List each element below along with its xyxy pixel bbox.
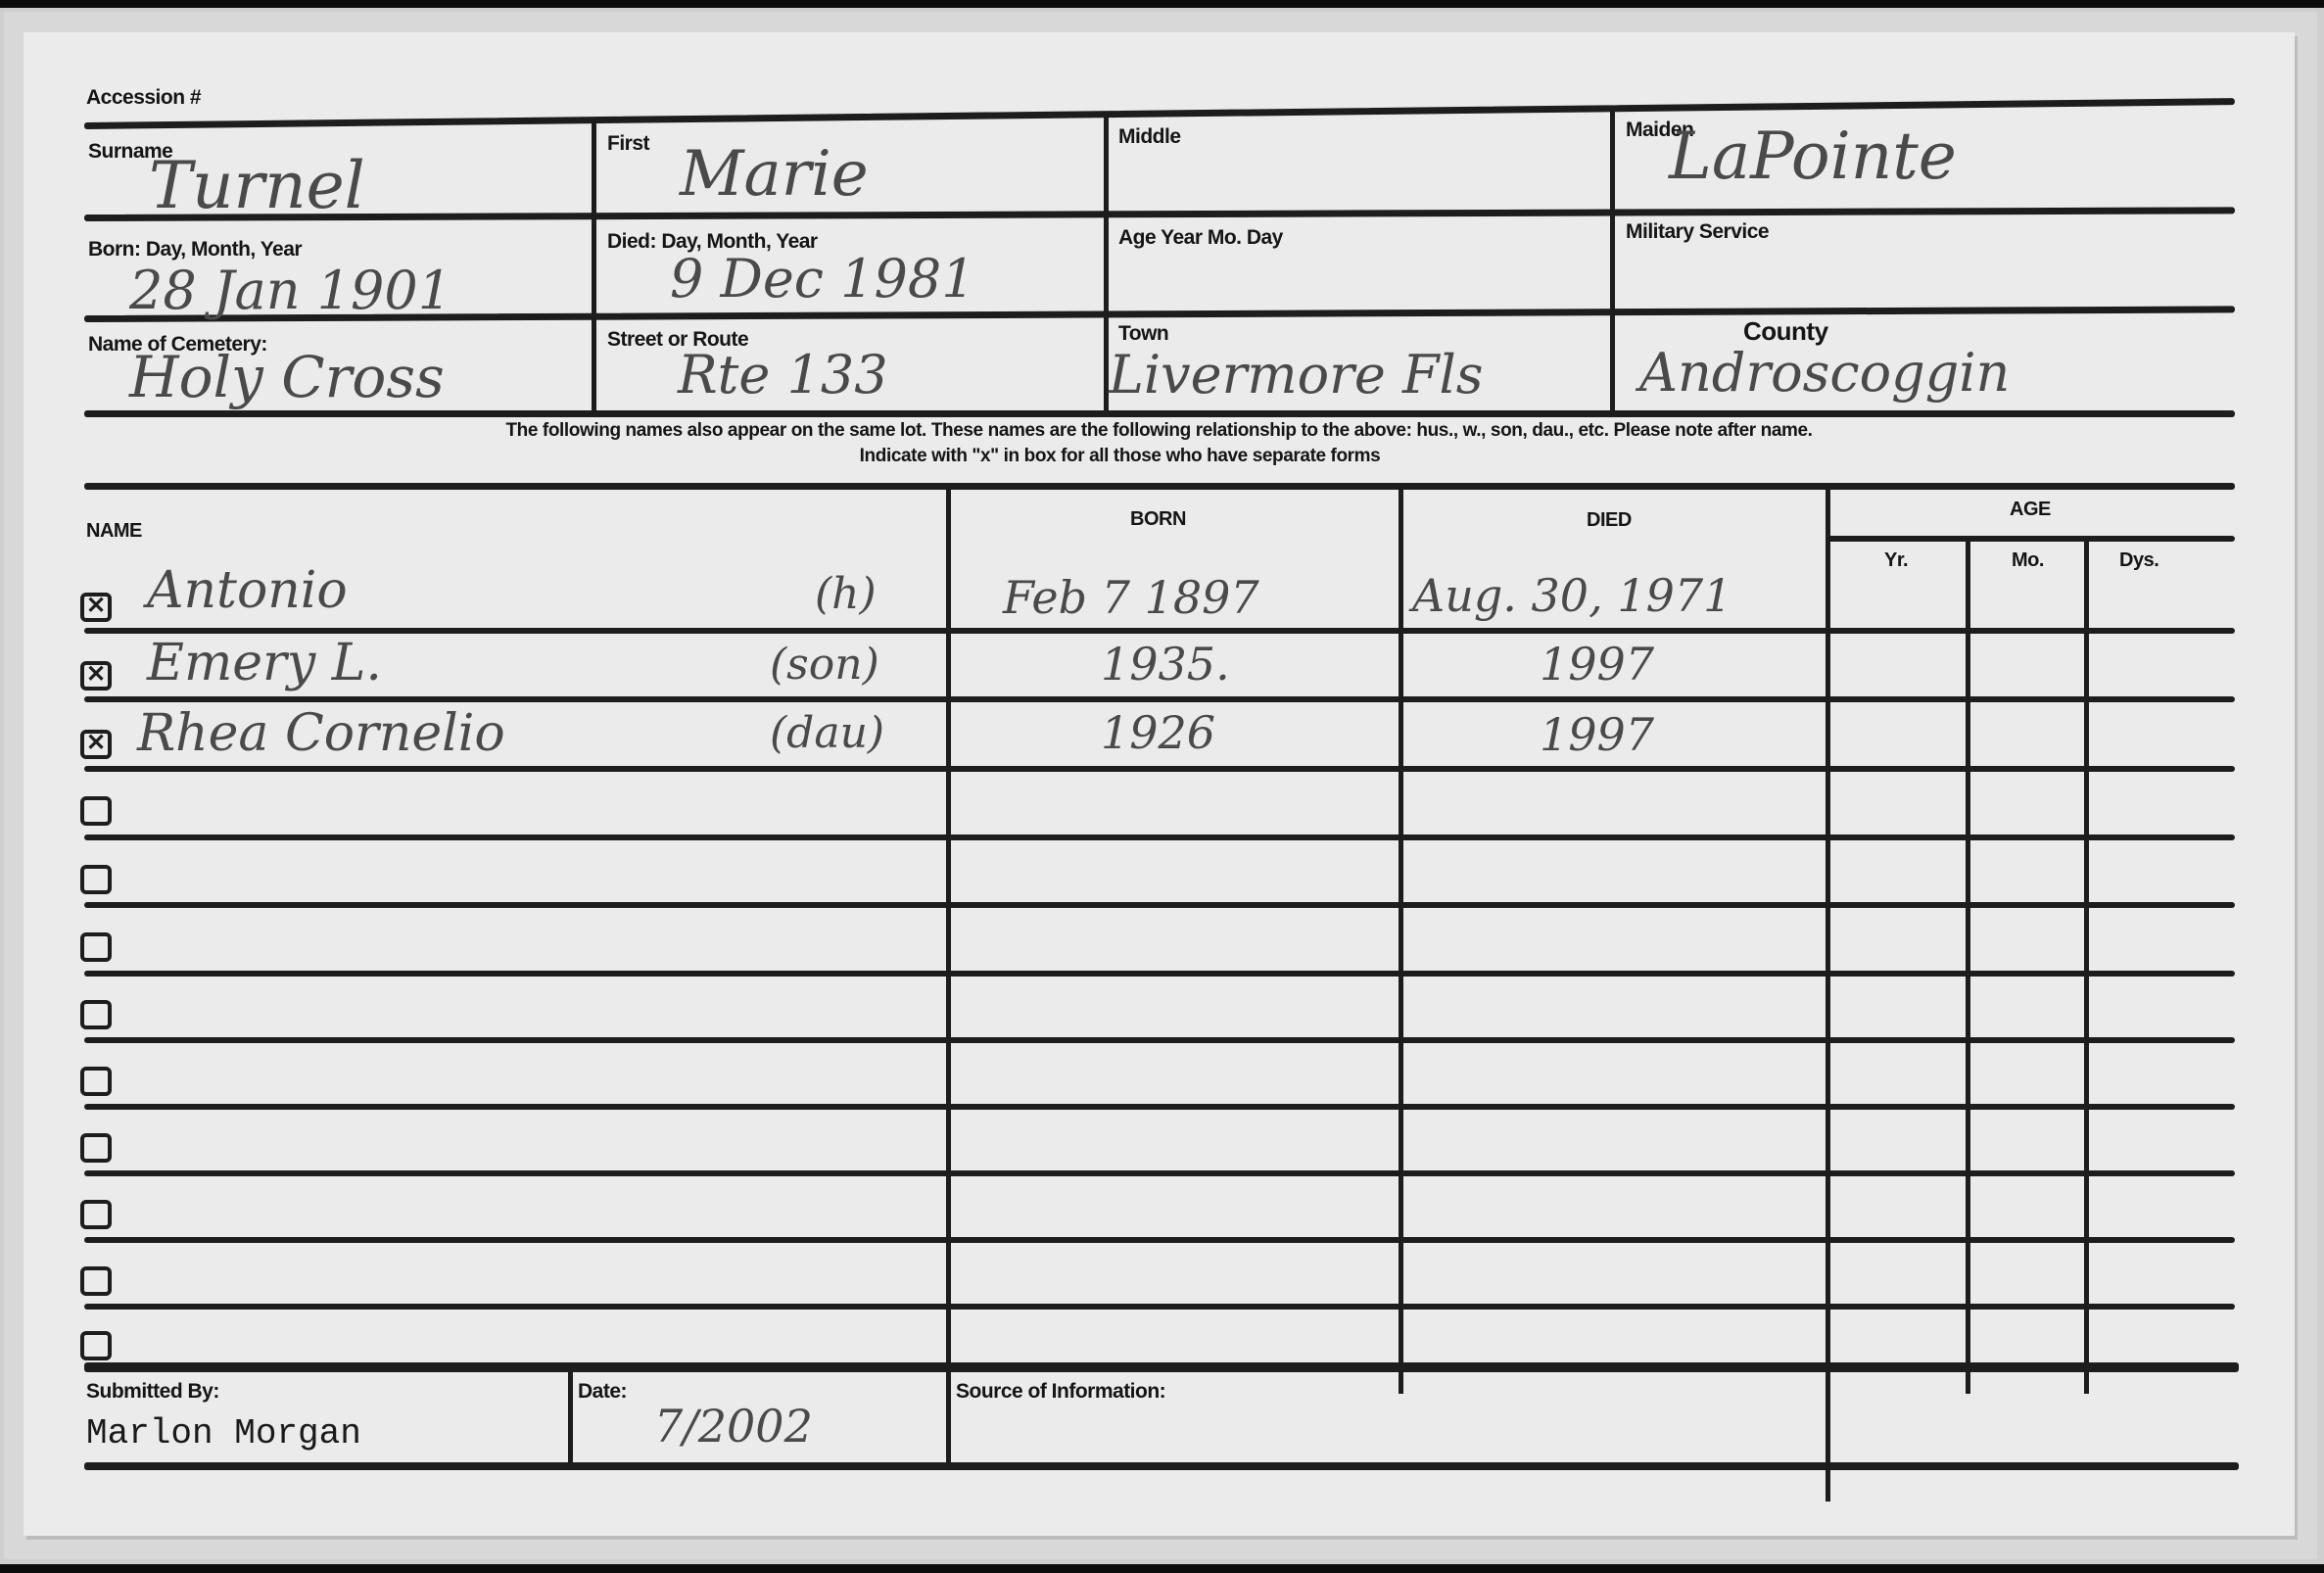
row-rule — [84, 1237, 2235, 1243]
row-relation[interactable]: (son) — [770, 640, 879, 690]
military-service-label: Military Service — [1626, 220, 1769, 244]
row-relation[interactable]: (dau) — [770, 708, 884, 758]
separate-form-checkbox[interactable] — [80, 1331, 112, 1360]
header-rule-3 — [84, 410, 2235, 417]
instructions-line-1: The following names also appear on the s… — [24, 420, 2295, 442]
header-age-yr: Yr. — [1884, 549, 1908, 572]
row-name[interactable]: Rhea Cornelio — [137, 704, 505, 763]
col-divider-mo — [1966, 537, 1970, 1394]
footer-bottom-rule — [84, 1462, 2239, 1470]
date-label: Date: — [578, 1380, 627, 1404]
born-label: Born: Day, Month, Year — [88, 238, 302, 262]
first-name-label: First — [607, 132, 649, 156]
submitted-by-label: Submitted By: — [86, 1380, 219, 1404]
col-divider-dys — [2084, 537, 2089, 1394]
row-rule — [84, 1037, 2235, 1043]
footer-divider-source — [946, 1366, 951, 1464]
row-died[interactable]: Aug. 30, 1971 — [1412, 569, 1731, 622]
row-born[interactable]: 1935. — [1101, 638, 1230, 691]
separate-form-checkbox[interactable]: ✕ — [80, 730, 112, 759]
x-mark-icon: ✕ — [84, 730, 108, 757]
x-mark-icon: ✕ — [84, 593, 108, 620]
header-divider-3 — [1610, 109, 1615, 412]
maiden-name-value[interactable]: LaPointe — [1669, 119, 1957, 194]
county-value[interactable]: Androscoggin — [1639, 342, 2010, 404]
cemetery-value[interactable]: Holy Cross — [129, 344, 445, 410]
middle-name-label: Middle — [1118, 125, 1181, 149]
header-name: NAME — [86, 520, 142, 543]
row-rule — [84, 1104, 2235, 1110]
row-rule — [84, 834, 2235, 840]
row-rule — [84, 628, 2235, 634]
table-top-rule — [84, 483, 2235, 490]
row-born[interactable]: 1926 — [1101, 706, 1215, 759]
row-name[interactable]: Emery L. — [147, 634, 382, 692]
born-value[interactable]: 28 Jan 1901 — [129, 260, 451, 321]
row-died[interactable]: 1997 — [1540, 708, 1654, 761]
header-age: AGE — [2010, 499, 2051, 521]
row-rule — [84, 766, 2235, 772]
col-divider-born — [946, 483, 951, 1394]
header-age-dys: Dys. — [2119, 549, 2158, 572]
row-rule — [84, 971, 2235, 977]
bottom-border-bar — [0, 1564, 2324, 1573]
header-age-mo: Mo. — [2012, 549, 2044, 572]
header-divider-1 — [592, 122, 596, 412]
header-died: DIED — [1587, 509, 1632, 532]
separate-form-checkbox[interactable] — [80, 1133, 112, 1163]
top-border-bar — [0, 0, 2324, 8]
row-name[interactable]: Antonio — [147, 561, 348, 620]
submitted-by-value[interactable]: Marlon Morgan — [86, 1413, 361, 1454]
separate-form-checkbox[interactable] — [80, 1000, 112, 1029]
first-name-value[interactable]: Marie — [680, 138, 869, 211]
surname-value[interactable]: Turnel — [149, 148, 365, 223]
accession-label: Accession # — [86, 86, 201, 110]
separate-form-checkbox[interactable] — [80, 1067, 112, 1096]
row-rule — [84, 696, 2235, 702]
header-rule-1 — [84, 207, 2235, 221]
row-relation[interactable]: (h) — [815, 569, 877, 619]
age-label: Age Year Mo. Day — [1118, 226, 1283, 250]
row-rule — [84, 1170, 2235, 1176]
col-divider-died — [1399, 483, 1403, 1394]
footer-top-rule — [84, 1362, 2239, 1372]
died-value[interactable]: 9 Dec 1981 — [670, 248, 975, 310]
town-value[interactable]: Livermore Fls — [1109, 344, 1484, 405]
separate-form-checkbox[interactable] — [80, 796, 112, 826]
footer-divider-right — [1826, 1366, 1830, 1464]
date-value[interactable]: 7/2002 — [654, 1400, 813, 1453]
col-divider-age — [1826, 483, 1830, 1501]
town-label: Town — [1118, 322, 1168, 346]
row-rule — [84, 1304, 2235, 1310]
separate-form-checkbox[interactable] — [80, 1266, 112, 1296]
row-died[interactable]: 1997 — [1540, 638, 1654, 691]
header-born: BORN — [1130, 508, 1186, 531]
source-label: Source of Information: — [956, 1380, 1165, 1404]
separate-form-checkbox[interactable] — [80, 1200, 112, 1229]
separate-form-checkbox[interactable] — [80, 932, 112, 962]
street-value[interactable]: Rte 133 — [678, 344, 888, 405]
age-subheader-rule — [1827, 536, 2235, 542]
footer-divider-date — [568, 1366, 573, 1464]
separate-form-checkbox[interactable]: ✕ — [80, 661, 112, 691]
x-mark-icon: ✕ — [84, 661, 108, 689]
separate-form-checkbox[interactable]: ✕ — [80, 593, 112, 622]
burial-record-card: Accession # Surname Turnel First Marie M… — [24, 32, 2295, 1536]
instructions-line-2: Indicate with "x" in box for all those w… — [0, 446, 2255, 467]
row-born[interactable]: Feb 7 1897 — [1003, 571, 1259, 624]
separate-form-checkbox[interactable] — [80, 865, 112, 894]
row-rule — [84, 902, 2235, 908]
